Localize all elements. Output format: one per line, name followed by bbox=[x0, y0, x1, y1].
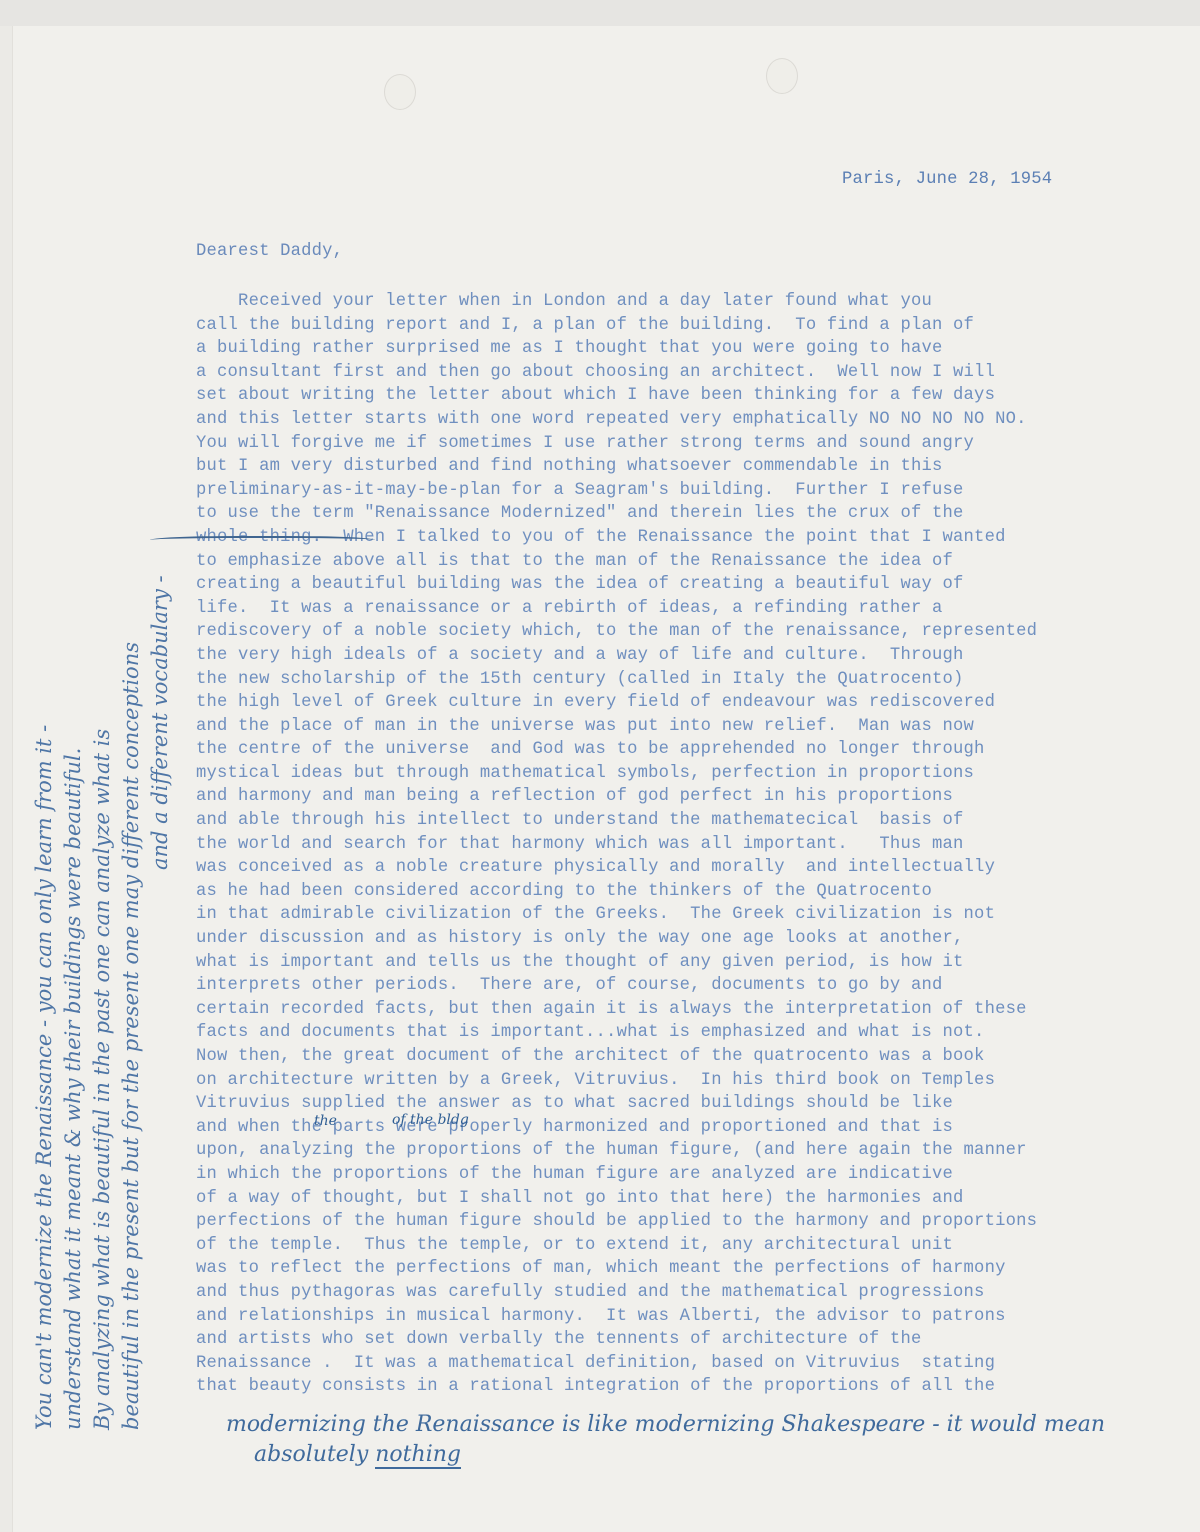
letter-line: and harmony and man being a reflection o… bbox=[196, 785, 1037, 809]
letter-line: a consultant first and then go about cho… bbox=[196, 361, 1037, 385]
letter-line: and able through his intellect to unders… bbox=[196, 809, 1037, 833]
letter-line: call the building report and I, a plan o… bbox=[196, 314, 1037, 338]
letter-line: upon, analyzing the proportions of the h… bbox=[196, 1139, 1037, 1163]
bottom-note-line-2: absolutely nothing bbox=[226, 1440, 1105, 1470]
date-line: Paris, June 28, 1954 bbox=[842, 170, 1052, 189]
letter-line: the centre of the universe and God was t… bbox=[196, 738, 1037, 762]
handwritten-bracket-mark bbox=[150, 536, 375, 546]
punch-hole bbox=[766, 58, 798, 94]
margin-note-line: and a different vocabulary - bbox=[146, 575, 175, 1430]
letter-line: facts and documents that is important...… bbox=[196, 1021, 1037, 1045]
bottom-note-prefix: absolutely bbox=[254, 1442, 375, 1467]
letter-line: Renaissance . It was a mathematical defi… bbox=[196, 1352, 1037, 1376]
letter-line: certain recorded facts, but then again i… bbox=[196, 998, 1037, 1022]
punch-hole bbox=[384, 74, 416, 110]
salutation: Dearest Daddy, bbox=[196, 242, 343, 261]
letter-line: the high level of Greek culture in every… bbox=[196, 691, 1037, 715]
letter-line: was conceived as a noble creature physic… bbox=[196, 856, 1037, 880]
letter-line: Received your letter when in London and … bbox=[196, 290, 1037, 314]
letter-line: to emphasize above all is that to the ma… bbox=[196, 550, 1037, 574]
letter-line: Now then, the great document of the arch… bbox=[196, 1045, 1037, 1069]
scan-top-edge bbox=[0, 0, 1200, 27]
letter-line: to use the term "Renaissance Modernized"… bbox=[196, 502, 1037, 526]
handwritten-correction-of-the-bldg: of the bldg bbox=[392, 1112, 469, 1128]
margin-note-line: By analyzing what is beautiful in the pa… bbox=[88, 575, 117, 1430]
letter-body: Received your letter when in London and … bbox=[196, 290, 1037, 1399]
letter-line: You will forgive me if sometimes I use r… bbox=[196, 432, 1037, 456]
letter-line: the world and search for that harmony wh… bbox=[196, 833, 1037, 857]
letter-line: was to reflect the perfections of man, w… bbox=[196, 1257, 1037, 1281]
paper-left-edge bbox=[0, 26, 13, 1532]
handwritten-margin-note: You can't modernize the Renaissance - yo… bbox=[30, 575, 175, 1430]
margin-note-line: understand what it meant & why their bui… bbox=[59, 575, 88, 1430]
letter-line: that beauty consists in a rational integ… bbox=[196, 1375, 1037, 1399]
letter-line: on architecture written by a Greek, Vitr… bbox=[196, 1069, 1037, 1093]
letter-line: as he had been considered according to t… bbox=[196, 880, 1037, 904]
letter-line: preliminary-as-it-may-be-plan for a Seag… bbox=[196, 479, 1037, 503]
letter-line: in that admirable civilization of the Gr… bbox=[196, 903, 1037, 927]
handwritten-correction-the: the bbox=[314, 1113, 337, 1129]
letter-line: perfections of the human figure should b… bbox=[196, 1210, 1037, 1234]
letter-line: set about writing the letter about which… bbox=[196, 384, 1037, 408]
letter-line: and the place of man in the universe was… bbox=[196, 715, 1037, 739]
letter-line: and this letter starts with one word rep… bbox=[196, 408, 1037, 432]
letter-line: of a way of thought, but I shall not go … bbox=[196, 1187, 1037, 1211]
letter-line: a building rather surprised me as I thou… bbox=[196, 337, 1037, 361]
handwritten-bottom-note: modernizing the Renaissance is like mode… bbox=[226, 1410, 1105, 1470]
letter-line: and relationships in musical harmony. It… bbox=[196, 1305, 1037, 1329]
letter-line: creating a beautiful building was the id… bbox=[196, 573, 1037, 597]
letter-line: mystical ideas but through mathematical … bbox=[196, 762, 1037, 786]
letter-line: of the temple. Thus the temple, or to ex… bbox=[196, 1234, 1037, 1258]
letter-line: under discussion and as history is only … bbox=[196, 927, 1037, 951]
letter-line: what is important and tells us the thoug… bbox=[196, 951, 1037, 975]
letter-line: in which the proportions of the human fi… bbox=[196, 1163, 1037, 1187]
margin-note-line: You can't modernize the Renaissance - yo… bbox=[30, 575, 59, 1430]
letter-line: life. It was a renaissance or a rebirth … bbox=[196, 597, 1037, 621]
underlined-word-nothing: nothing bbox=[375, 1442, 461, 1469]
letter-line: and thus pythagoras was carefully studie… bbox=[196, 1281, 1037, 1305]
bottom-note-line-1: modernizing the Renaissance is like mode… bbox=[226, 1412, 1105, 1437]
margin-note-line: beautiful in the present but for the pre… bbox=[117, 575, 146, 1430]
letter-line: the very high ideals of a society and a … bbox=[196, 644, 1037, 668]
letter-line: rediscovery of a noble society which, to… bbox=[196, 620, 1037, 644]
letter-line: and artists who set down verbally the te… bbox=[196, 1328, 1037, 1352]
letter-line: interprets other periods. There are, of … bbox=[196, 974, 1037, 998]
letter-line: the new scholarship of the 15th century … bbox=[196, 668, 1037, 692]
letter-line: but I am very disturbed and find nothing… bbox=[196, 455, 1037, 479]
